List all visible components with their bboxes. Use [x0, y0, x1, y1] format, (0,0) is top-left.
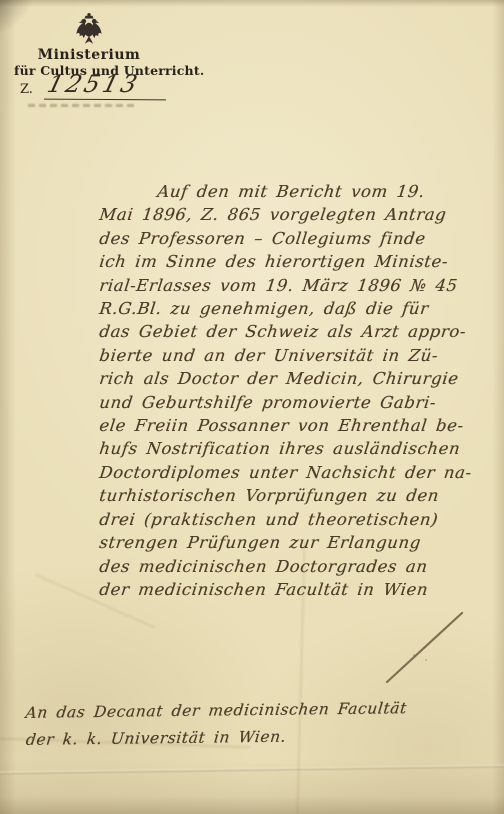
body-line: Mai 1896, Z. 865 vorgelegten Antrag	[98, 203, 493, 226]
reference-number-handwritten: 12513	[45, 70, 143, 98]
letterhead: Ministerium für Cultus und Unterricht.	[14, 12, 164, 78]
body-line: R.G.Bl. zu genehmigen, daß die für	[98, 297, 493, 320]
body-line: drei (praktischen und theoretischen)	[98, 508, 493, 531]
body-line: strengen Prüfungen zur Erlangung	[98, 531, 493, 554]
body-line: ich im Sinne des hierortigen Ministe-	[98, 250, 493, 273]
body-line: der medicinischen Facultät in Wien	[98, 578, 493, 601]
faint-print-line	[28, 104, 138, 107]
body-line: Doctordiplomes unter Nachsicht der na-	[98, 461, 493, 484]
body-line: turhistorischen Vorprüfungen zu den	[98, 484, 493, 507]
paper-crease	[0, 764, 504, 774]
body-line: des medicinischen Doctorgrades an	[98, 555, 493, 578]
body-line: das Gebiet der Schweiz als Arzt appro-	[98, 320, 493, 343]
body-line: bierte und an der Universität in Zü-	[98, 344, 493, 367]
recipient-address: An das Decanat der medicinischen Facultä…	[24, 694, 490, 754]
address-line: der k. k. Universität in Wien.	[24, 721, 492, 754]
body-line: des Professoren – Collegiums finde	[98, 227, 493, 250]
body-line: rial-Erlasses vom 19. März 1896 № 45	[98, 274, 493, 297]
diagonal-pen-stroke	[378, 603, 470, 689]
reference-label: Z.	[20, 82, 33, 97]
reference-underline	[44, 99, 166, 101]
handwritten-body: Auf den mit Bericht vom 19. Mai 1896, Z.…	[98, 180, 490, 601]
body-line: Auf den mit Bericht vom 19.	[98, 180, 493, 203]
body-line: ele Freiin Possanner von Ehrenthal be-	[98, 414, 493, 437]
double-headed-eagle-icon	[75, 12, 103, 46]
ministry-name-line1: Ministerium	[14, 47, 164, 63]
body-line: hufs Nostrification ihres ausländischen	[98, 437, 493, 460]
scanned-document-page: Ministerium für Cultus und Unterricht. Z…	[0, 0, 504, 814]
reference-number-row: Z. 12513	[20, 74, 200, 104]
body-line: rich als Doctor der Medicin, Chirurgie	[98, 367, 493, 390]
body-line: und Geburtshilfe promovierte Gabri-	[98, 391, 493, 414]
